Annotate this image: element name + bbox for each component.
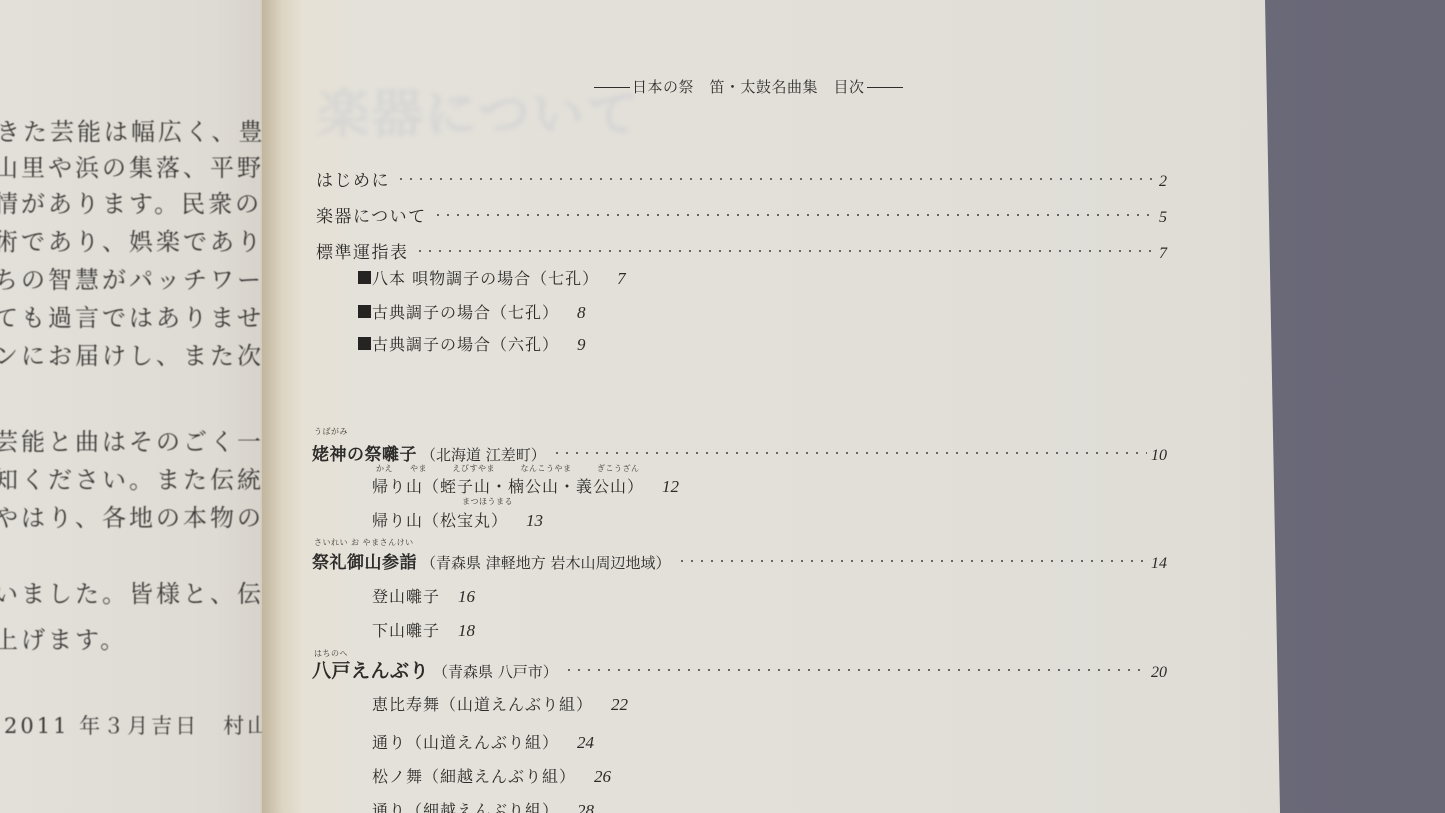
- toc-item-page: 22: [611, 695, 628, 715]
- toc-entry-page: 2: [1159, 173, 1167, 191]
- toc-item-page: 24: [577, 733, 594, 753]
- toc-entry-fingering-chart[interactable]: 標準運指表 7: [316, 238, 1167, 263]
- toc-section-title: 姥神の祭囃子: [312, 440, 417, 465]
- toc-section-title: 八戸えんぶり: [312, 656, 429, 683]
- dot-leader: [396, 178, 1155, 180]
- toc-item[interactable]: 通り（山道えんぶり組） 24: [372, 730, 594, 753]
- toc-subentry[interactable]: 古典調子の場合（七孔） 8: [358, 300, 586, 323]
- dot-leader: [415, 250, 1156, 252]
- toc-item-title: 恵比寿舞（山道えんぶり組）: [372, 692, 593, 715]
- dot-leader: [552, 452, 1147, 454]
- toc-entry-page: 7: [1159, 245, 1167, 263]
- toc-subentry-title: 八本 唄物調子の場合（七孔）: [372, 266, 599, 289]
- toc-item-page: 12: [662, 477, 679, 497]
- square-bullet-icon: [358, 305, 371, 318]
- dot-leader: [677, 560, 1147, 562]
- toc-item[interactable]: 恵比寿舞（山道えんぶり組） 22: [372, 692, 628, 715]
- toc-item[interactable]: 下山囃子 18: [372, 618, 475, 641]
- toc-item-title: 松ノ舞（細越えんぶり組）: [372, 764, 576, 787]
- toc-section-region: （北海道 江差町）: [421, 444, 546, 465]
- toc-item-page: 26: [594, 767, 611, 787]
- ruby-reading: かえ やま えびすやま なんこうやま ぎこうざん: [376, 463, 640, 474]
- ruby-reading: うばがみ: [314, 426, 348, 437]
- ruby-reading: さいれい お やまさんけい: [314, 537, 414, 548]
- toc-section-oyama-sankei[interactable]: 祭礼御山参詣 （青森県 津軽地方 岩木山周辺地域） 14: [312, 548, 1167, 573]
- toc-section-region: （青森県 八戸市）: [433, 661, 558, 682]
- square-bullet-icon: [358, 337, 371, 350]
- table-of-contents: はじめに 2 楽器について 5 標準運指表 7 八本 唄物調子の場合（七孔） 7…: [0, 0, 1445, 813]
- toc-section-region: （青森県 津軽地方 岩木山周辺地域）: [421, 552, 671, 573]
- toc-subentry-page: 9: [577, 335, 586, 355]
- toc-entry-title: 楽器について: [316, 202, 427, 227]
- toc-item[interactable]: 帰り山（松宝丸） 13: [372, 508, 543, 531]
- toc-subentry-page: 8: [577, 303, 586, 323]
- toc-item[interactable]: 松ノ舞（細越えんぶり組） 26: [372, 764, 611, 787]
- ruby-reading: まつほうまる: [462, 496, 513, 507]
- dot-leader: [433, 214, 1155, 216]
- toc-subentry-title: 古典調子の場合（七孔）: [372, 300, 559, 323]
- toc-item[interactable]: 登山囃子 16: [372, 584, 475, 607]
- toc-subentry[interactable]: 古典調子の場合（六孔） 9: [358, 332, 586, 355]
- toc-item-title: 通り（山道えんぶり組）: [372, 730, 559, 753]
- toc-section-page: 14: [1151, 555, 1167, 573]
- toc-item[interactable]: 帰り山（蛭子山・楠公山・義公山） 12: [372, 474, 679, 497]
- toc-subentry-title: 古典調子の場合（六孔）: [372, 332, 559, 355]
- toc-item-page: 18: [458, 621, 475, 641]
- square-bullet-icon: [358, 271, 371, 284]
- dot-leader: [564, 669, 1147, 671]
- toc-section-hachinohe-enburi[interactable]: 八戸えんぶり （青森県 八戸市） 20: [312, 656, 1167, 683]
- toc-entry-instruments[interactable]: 楽器について 5: [316, 202, 1167, 227]
- toc-section-page: 20: [1151, 664, 1167, 682]
- toc-section-title: 祭礼御山参詣: [312, 548, 417, 573]
- toc-item-title: 下山囃子: [372, 618, 440, 641]
- toc-section-ubagami[interactable]: 姥神の祭囃子 （北海道 江差町） 10: [312, 440, 1167, 465]
- toc-item-title: 帰り山（蛭子山・楠公山・義公山）: [372, 474, 644, 497]
- toc-item-title: 登山囃子: [372, 584, 440, 607]
- toc-section-page: 10: [1151, 447, 1167, 465]
- toc-entry-intro[interactable]: はじめに 2: [316, 166, 1167, 191]
- toc-item-page: 13: [526, 511, 543, 531]
- toc-subentry-page: 7: [617, 269, 626, 289]
- toc-entry-title: はじめに: [316, 166, 390, 191]
- toc-item-page: 28: [577, 801, 594, 813]
- toc-subentry[interactable]: 八本 唄物調子の場合（七孔） 7: [358, 266, 626, 289]
- toc-item-title: 帰り山（松宝丸）: [372, 508, 508, 531]
- toc-item[interactable]: 通り（細越えんぶり組） 28: [372, 798, 594, 813]
- toc-entry-title: 標準運指表: [316, 238, 409, 263]
- toc-entry-page: 5: [1159, 209, 1167, 227]
- toc-item-title: 通り（細越えんぶり組）: [372, 798, 559, 813]
- toc-item-page: 16: [458, 587, 475, 607]
